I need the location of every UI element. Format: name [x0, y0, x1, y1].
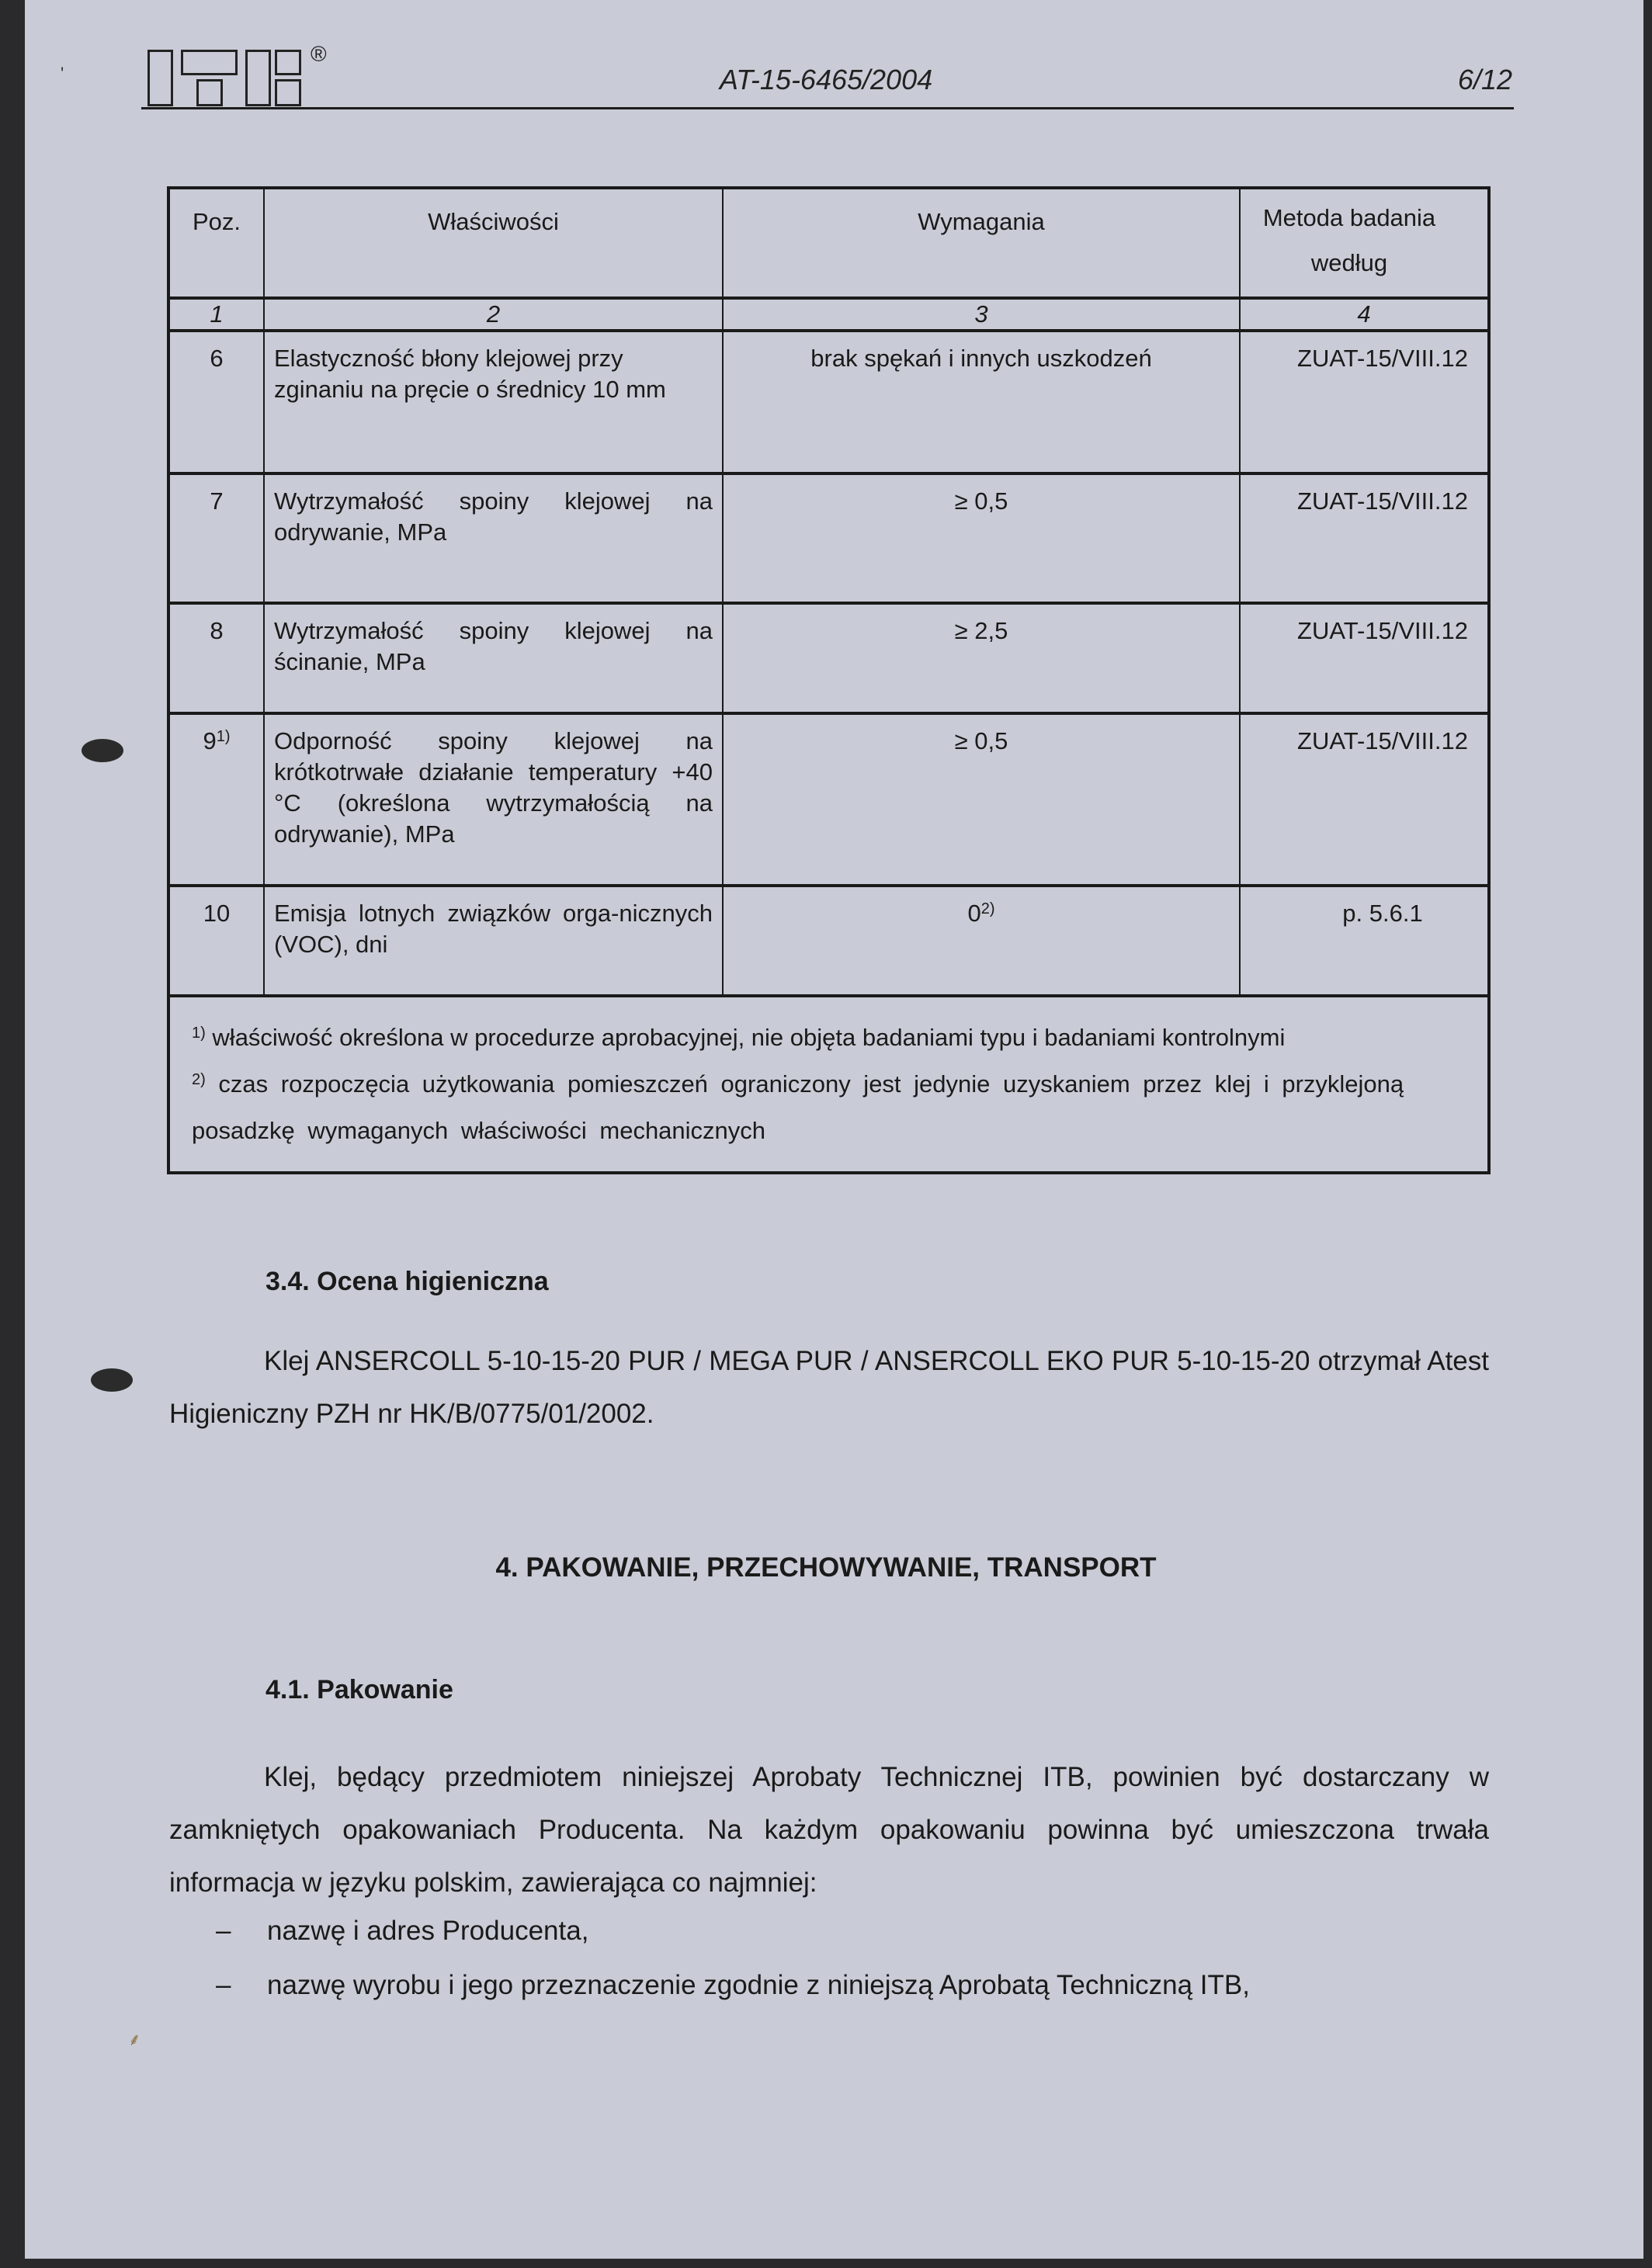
row-position: 9: [203, 727, 216, 754]
page-number: 6/12: [1458, 64, 1512, 96]
table-footnotes: 1) właściwość określona w procedurze apr…: [168, 996, 1489, 1173]
table-row: 7 Wytrzymałość spoiny klejowej na odrywa…: [168, 473, 1489, 603]
header-method: Metoda badania według: [1240, 188, 1489, 298]
row-property: Odporność spoiny klejowej na krótkotrwał…: [264, 713, 723, 886]
list-item: –nazwę wyrobu i jego przeznaczenie zgodn…: [216, 1970, 1250, 2001]
document-id: AT-15-6465/2004: [0, 64, 1652, 96]
section-3-4-text: Klej ANSERCOLL 5-10-15-20 PUR / MEGA PUR…: [169, 1335, 1489, 1441]
row-method: ZUAT-15/VIII.12: [1240, 331, 1489, 473]
row-position: 7: [210, 487, 223, 515]
column-number: 1: [168, 298, 264, 331]
row-requirement: ≥ 0,5: [723, 473, 1240, 603]
row-requirement: 0: [967, 900, 980, 927]
table-row: 8 Wytrzymałość spoiny klejowej na ścinan…: [168, 603, 1489, 713]
header-requirements: Wymagania: [723, 188, 1240, 298]
table-row: 6 Elastyczność błony klejowej przy zgina…: [168, 331, 1489, 473]
row-property: Emisja lotnych związków orga-nicznych (V…: [264, 886, 723, 996]
ink-smudge-icon: ⸙: [128, 2027, 141, 2051]
header-properties: Właściwości: [264, 188, 723, 298]
footnote-ref: 1): [217, 728, 231, 745]
row-property: Wytrzymałość spoiny klejowej na ścinanie…: [264, 603, 723, 713]
footnote-2: 2) czas rozpoczęcia użytkowania pomieszc…: [192, 1061, 1466, 1154]
section-heading-3-4: 3.4. Ocena higieniczna: [265, 1267, 549, 1297]
row-property: Wytrzymałość spoiny klejowej na odrywani…: [264, 473, 723, 603]
list-item: –nazwę i adres Producenta,: [216, 1916, 588, 1947]
row-position: 10: [203, 900, 230, 927]
punch-hole-icon: [91, 1368, 133, 1392]
row-method: ZUAT-15/VIII.12: [1240, 713, 1489, 886]
section-4-1-text: Klej, będący przedmiotem niniejszej Apro…: [169, 1751, 1489, 1909]
table-row: 10 Emisja lotnych związków orga-nicznych…: [168, 886, 1489, 996]
row-position: 8: [210, 617, 223, 644]
row-requirement: ≥ 2,5: [723, 603, 1240, 713]
row-method: ZUAT-15/VIII.12: [1240, 473, 1489, 603]
scan-mark: ': [61, 64, 64, 84]
section-heading-4: 4. PAKOWANIE, PRZECHOWYWANIE, TRANSPORT: [0, 1552, 1652, 1583]
header-divider: [141, 107, 1514, 109]
footnote-ref: 2): [981, 900, 995, 917]
row-requirement: brak spękań i innych uszkodzeń: [723, 331, 1240, 473]
row-property: Elastyczność błony klejowej przy zginani…: [264, 331, 723, 473]
header-poz: Poz.: [168, 188, 264, 298]
column-number: 3: [723, 298, 1240, 331]
punch-hole-icon: [82, 739, 123, 762]
table-row: 91) Odporność spoiny klejowej na krótkot…: [168, 713, 1489, 886]
row-method: ZUAT-15/VIII.12: [1240, 603, 1489, 713]
row-position: 6: [210, 345, 223, 372]
column-number: 4: [1240, 298, 1489, 331]
column-number-row: 1 2 3 4: [168, 298, 1489, 331]
properties-table: Poz. Właściwości Wymagania Metoda badani…: [167, 186, 1491, 1174]
table-header-row: Poz. Właściwości Wymagania Metoda badani…: [168, 188, 1489, 298]
footnote-1: 1) właściwość określona w procedurze apr…: [192, 1014, 1466, 1061]
section-heading-4-1: 4.1. Pakowanie: [265, 1675, 453, 1705]
row-requirement: ≥ 0,5: [723, 713, 1240, 886]
row-method: p. 5.6.1: [1240, 886, 1489, 996]
column-number: 2: [264, 298, 723, 331]
